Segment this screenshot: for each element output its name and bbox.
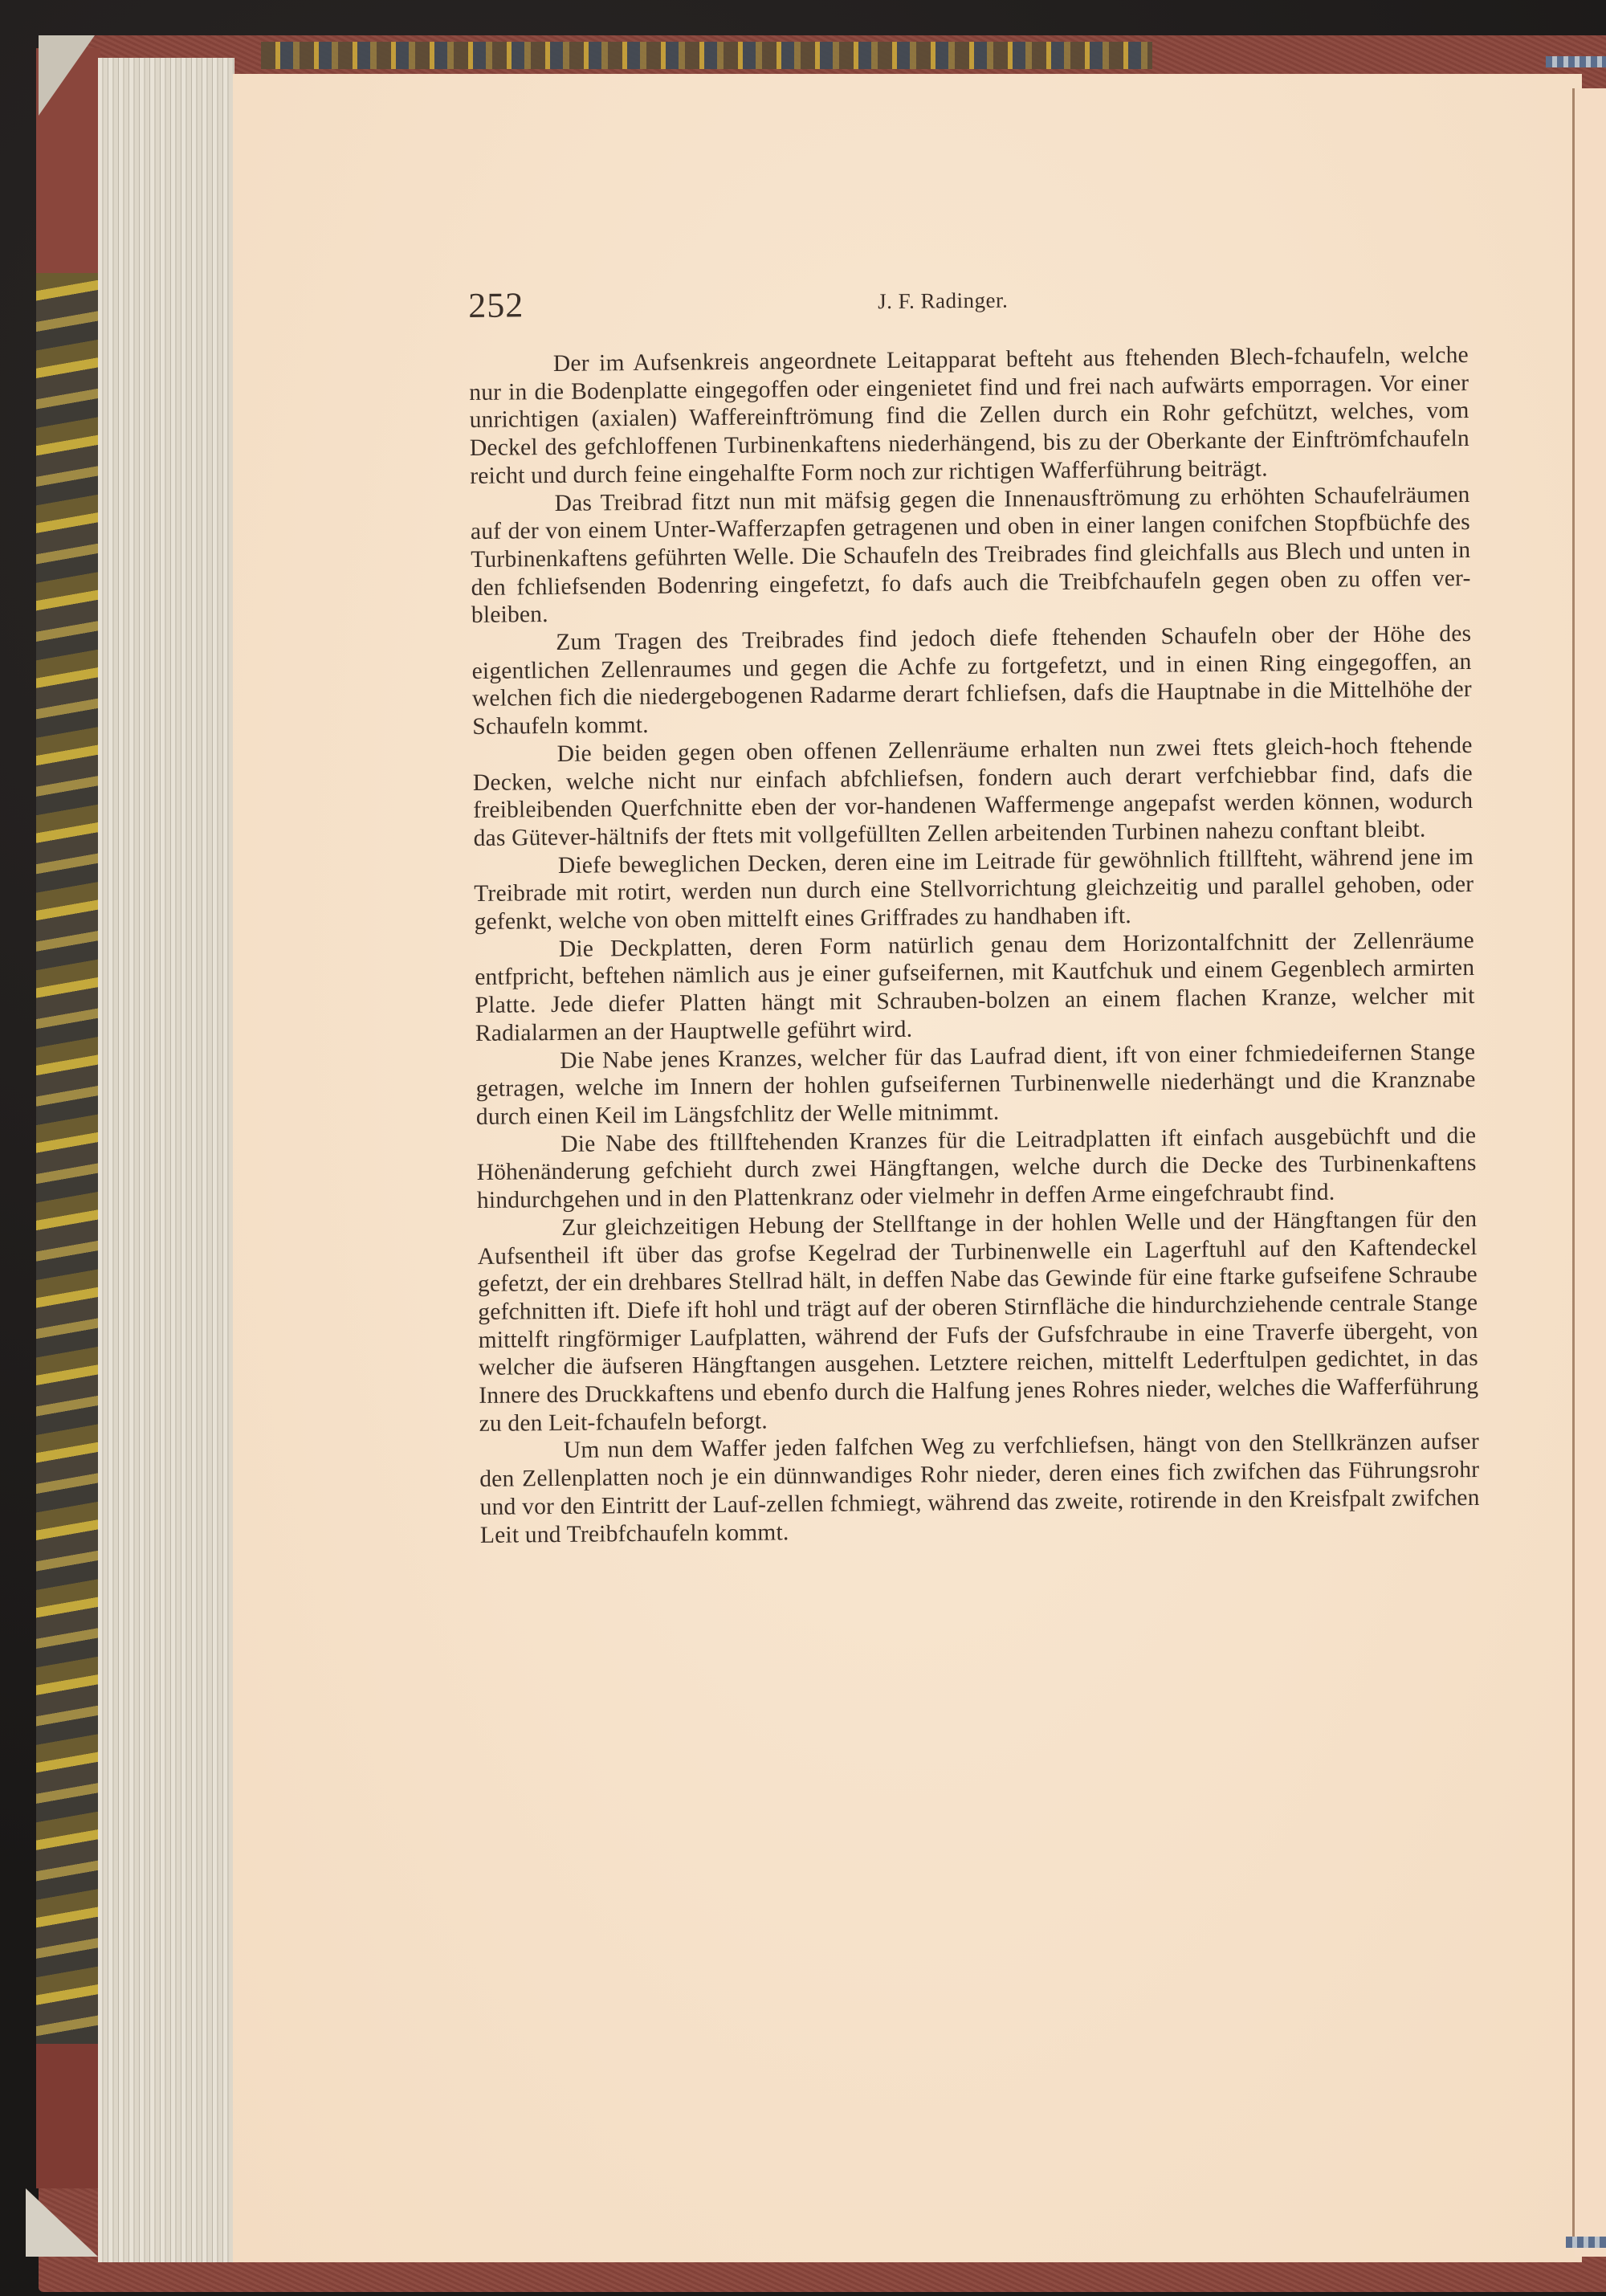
paragraph: Diefe beweglichen Decken, deren eine im … [474, 843, 1474, 936]
paragraph: Die Nabe jenes Kranzes, welcher für das … [475, 1038, 1476, 1132]
paragraph: Die beiden gegen oben offenen Zellenräum… [472, 732, 1473, 853]
tailband [1566, 2237, 1606, 2248]
marbled-spine-edge [261, 42, 1152, 69]
page-number: 252 [468, 284, 524, 326]
page-text: 252 J. F. Radinger. Der im Aufsenkreis a… [468, 275, 1480, 1549]
paragraph: Die Deckplatten, deren Form natürlich ge… [475, 927, 1475, 1048]
paragraph: Zum Tragen des Treibrades find jedoch di… [471, 620, 1472, 741]
paragraph: Der im Aufsenkreis angeordnete Leitappar… [469, 341, 1470, 490]
running-head: 252 J. F. Radinger. [468, 275, 1469, 333]
author-header: J. F. Radinger. [878, 288, 1008, 315]
facing-page-edge [1575, 88, 1606, 2257]
page-edges [98, 58, 234, 2262]
cover-leather-bottom [36, 2044, 100, 2188]
gutter [1572, 88, 1575, 2245]
paragraph: Um nun dem Waffer jeden falfchen Weg zu … [479, 1428, 1480, 1549]
paragraph: Zur gleichzeitigen Hebung der Stellftang… [477, 1205, 1479, 1438]
headband [1546, 56, 1606, 67]
marbled-board [36, 273, 100, 2184]
paragraph: Die Nabe des ftillftehenden Kranzes für … [476, 1122, 1477, 1215]
paragraph: Das Treibrad fitzt nun mit mäfsig gegen … [470, 481, 1471, 630]
